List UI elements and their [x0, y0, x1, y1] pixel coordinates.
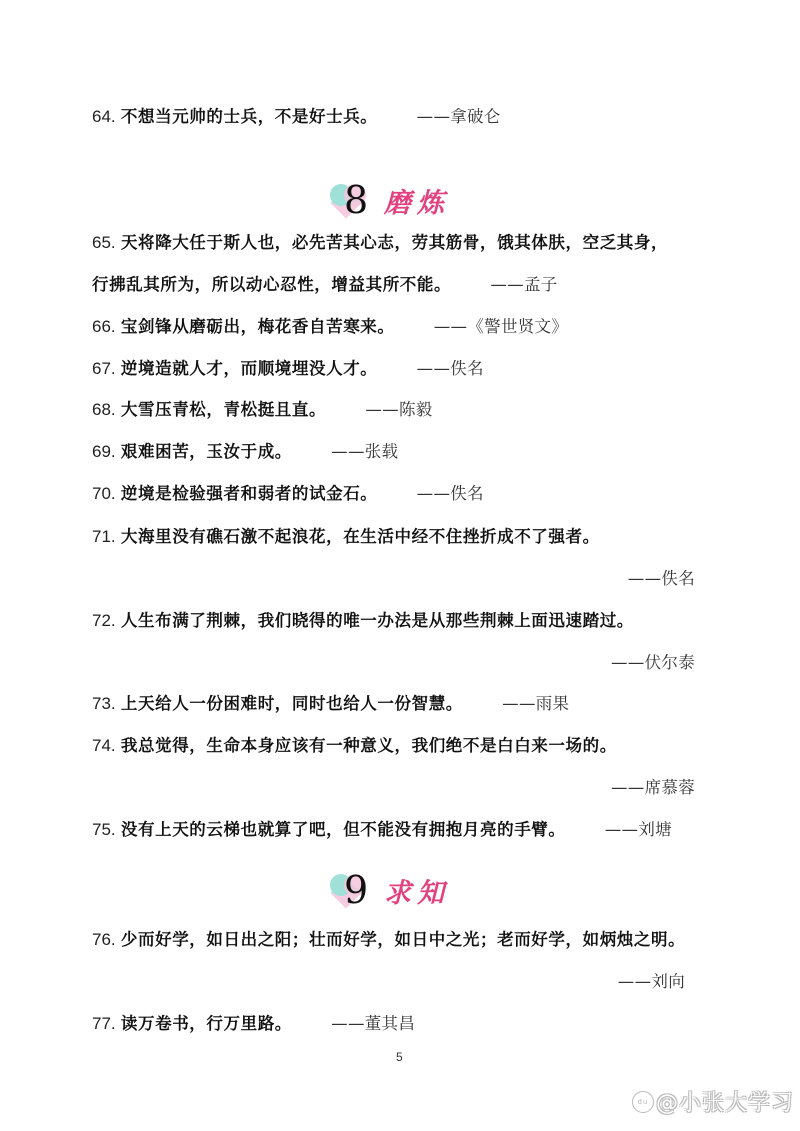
quote-number: 77.	[92, 1014, 116, 1033]
quote-text: 逆境造就人才，而顺境埋没人才。	[121, 359, 378, 378]
quote-number: 75.	[92, 820, 116, 839]
quote-author: ——伏尔泰	[611, 650, 695, 676]
section-heading-8: 8 磨炼	[330, 178, 450, 222]
quote-number: 68.	[92, 400, 116, 419]
quote-line: 69. 艰难困苦，玉汝于成。 ——张载	[92, 439, 398, 465]
quote-text-continued: 行拂乱其所为，所以动心忍性，增益其所不能。	[92, 275, 451, 294]
quote-number: 72.	[92, 611, 116, 630]
quote-line: 67. 逆境造就人才，而顺境埋没人才。 ——佚名	[92, 356, 484, 382]
quote-author: ——佚名	[628, 566, 695, 592]
watermark: du @小张大学习	[632, 1086, 794, 1117]
quote-number: 64.	[92, 107, 116, 126]
quote-author: ——佚名	[417, 484, 484, 503]
section-number: 9	[344, 868, 368, 912]
quote-line-continued: 行拂乱其所为，所以动心忍性，增益其所不能。 ——孟子	[92, 272, 558, 298]
quote-line: 72. 人生布满了荆棘，我们晓得的唯一办法是从那些荆棘上面迅速踏过。	[92, 608, 634, 634]
paw-icon: du	[632, 1091, 654, 1113]
section-title: 求知	[384, 871, 450, 910]
quote-author: ——雨果	[502, 694, 569, 713]
quote-number: 69.	[92, 442, 116, 461]
quote-line: 64. 不想当元帅的士兵，不是好士兵。 ——拿破仑	[92, 104, 501, 130]
quote-line: 73. 上天给人一份困难时，同时也给人一份智慧。 ——雨果	[92, 691, 569, 717]
quote-line: 75. 没有上天的云梯也就算了吧，但不能没有拥抱月亮的手臂。 ——刘塘	[92, 817, 672, 843]
quote-text: 人生布满了荆棘，我们晓得的唯一办法是从那些荆棘上面迅速踏过。	[121, 611, 634, 630]
heart-icon: 8	[330, 182, 366, 218]
quote-line: 68. 大雪压青松，青松挺且直。 ——陈毅	[92, 397, 433, 423]
quote-author: ——董其昌	[331, 1014, 415, 1033]
quote-author: ——刘塘	[605, 820, 672, 839]
quote-author: ——孟子	[490, 275, 557, 294]
quote-text: 艰难困苦，玉汝于成。	[121, 442, 292, 461]
quote-text: 我总觉得，生命本身应该有一种意义，我们绝不是白白来一场的。	[121, 736, 617, 755]
quote-number: 76.	[92, 930, 116, 949]
quote-line: 77. 读万卷书，行万里路。 ——董其昌	[92, 1011, 415, 1037]
quote-author: ——拿破仑	[417, 107, 501, 126]
quote-line: 74. 我总觉得，生命本身应该有一种意义，我们绝不是白白来一场的。	[92, 733, 617, 759]
quote-number: 66.	[92, 317, 116, 336]
quote-text: 读万卷书，行万里路。	[121, 1014, 292, 1033]
quote-text: 上天给人一份困难时，同时也给人一份智慧。	[121, 694, 463, 713]
quote-text: 大海里没有礁石激不起浪花，在生活中经不住挫折成不了强者。	[121, 527, 600, 546]
watermark-text: @小张大学习	[656, 1086, 794, 1117]
page-number: 5	[396, 1050, 403, 1064]
section-number: 8	[344, 178, 368, 222]
quote-number: 74.	[92, 736, 116, 755]
quote-author: ——佚名	[417, 359, 484, 378]
quote-author: ——《警世贤文》	[434, 317, 568, 336]
heart-icon: 9	[330, 872, 366, 908]
quote-line: 76. 少而好学，如日出之阳；壮而好学，如日中之光；老而好学，如炳烛之明。	[92, 927, 685, 953]
quote-text: 逆境是检验强者和弱者的试金石。	[121, 484, 378, 503]
quote-author: ——席慕蓉	[611, 775, 695, 801]
quote-line: 70. 逆境是检验强者和弱者的试金石。 ——佚名	[92, 481, 484, 507]
quote-text: 宝剑锋从磨砺出，梅花香自苦寒来。	[121, 317, 395, 336]
quote-text: 天将降大任于斯人也，必先苦其心志，劳其筋骨，饿其体肤，空乏其身，	[121, 233, 668, 252]
quote-text: 少而好学，如日出之阳；壮而好学，如日中之光；老而好学，如炳烛之明。	[121, 930, 685, 949]
quote-number: 65.	[92, 233, 116, 252]
quote-line: 66. 宝剑锋从磨砺出，梅花香自苦寒来。 ——《警世贤文》	[92, 314, 568, 340]
quote-author: ——张载	[331, 442, 398, 461]
quote-number: 73.	[92, 694, 116, 713]
quote-author: ——刘向	[618, 969, 685, 995]
quote-number: 70.	[92, 484, 116, 503]
quote-text: 大雪压青松，青松挺且直。	[121, 400, 326, 419]
section-heading-9: 9 求知	[330, 868, 450, 912]
quote-author: ——陈毅	[365, 400, 432, 419]
quote-line: 65. 天将降大任于斯人也，必先苦其心志，劳其筋骨，饿其体肤，空乏其身，	[92, 230, 668, 256]
quote-text: 没有上天的云梯也就算了吧，但不能没有拥抱月亮的手臂。	[121, 820, 566, 839]
quote-number: 71.	[92, 527, 116, 546]
quote-text: 不想当元帅的士兵，不是好士兵。	[121, 107, 378, 126]
quote-line: 71. 大海里没有礁石激不起浪花，在生活中经不住挫折成不了强者。	[92, 524, 600, 550]
quote-number: 67.	[92, 359, 116, 378]
section-title: 磨炼	[384, 181, 450, 220]
